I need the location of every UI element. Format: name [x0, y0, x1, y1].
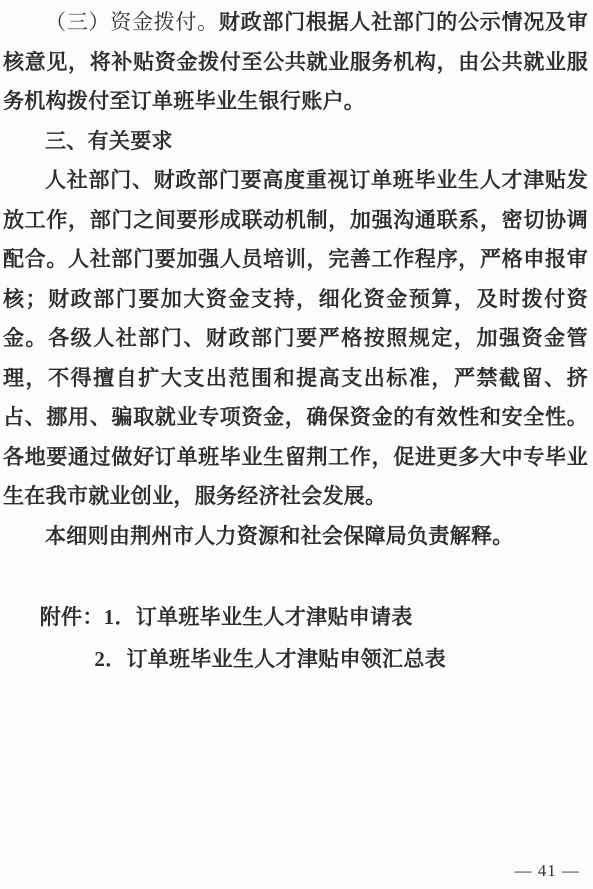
attachment-item-1: 1．订单班毕业生人才津贴申请表 — [104, 605, 413, 629]
attachments-block: 附件：1．订单班毕业生人才津贴申请表 2．订单班毕业生人才津贴申领汇总表 — [3, 596, 588, 680]
attachments-label: 附件： — [40, 605, 104, 629]
paragraph-funds-allocation-lead: （三）资金拨付。 — [45, 10, 219, 34]
section-heading-requirements: 三、有关要求 — [3, 122, 588, 162]
paragraph-interpretation: 本细则由荆州市人力资源和社会保障局负责解释。 — [3, 517, 588, 557]
attachment-item-2: 2．订单班毕业生人才津贴申领汇总表 — [3, 638, 588, 680]
document-page: （三）资金拨付。财政部门根据人社部门的公示情况及审核意见，将补贴资金拨付至公共就… — [0, 0, 593, 889]
attachment-item-1-line: 附件：1．订单班毕业生人才津贴申请表 — [3, 596, 588, 638]
paragraph-funds-allocation: （三）资金拨付。财政部门根据人社部门的公示情况及审核意见，将补贴资金拨付至公共就… — [3, 3, 588, 122]
paragraph-requirements-body: 人社部门、财政部门要高度重视订单班毕业生人才津贴发放工作，部门之间要形成联动机制… — [3, 161, 588, 517]
page-number: — 41 — — [515, 861, 581, 881]
